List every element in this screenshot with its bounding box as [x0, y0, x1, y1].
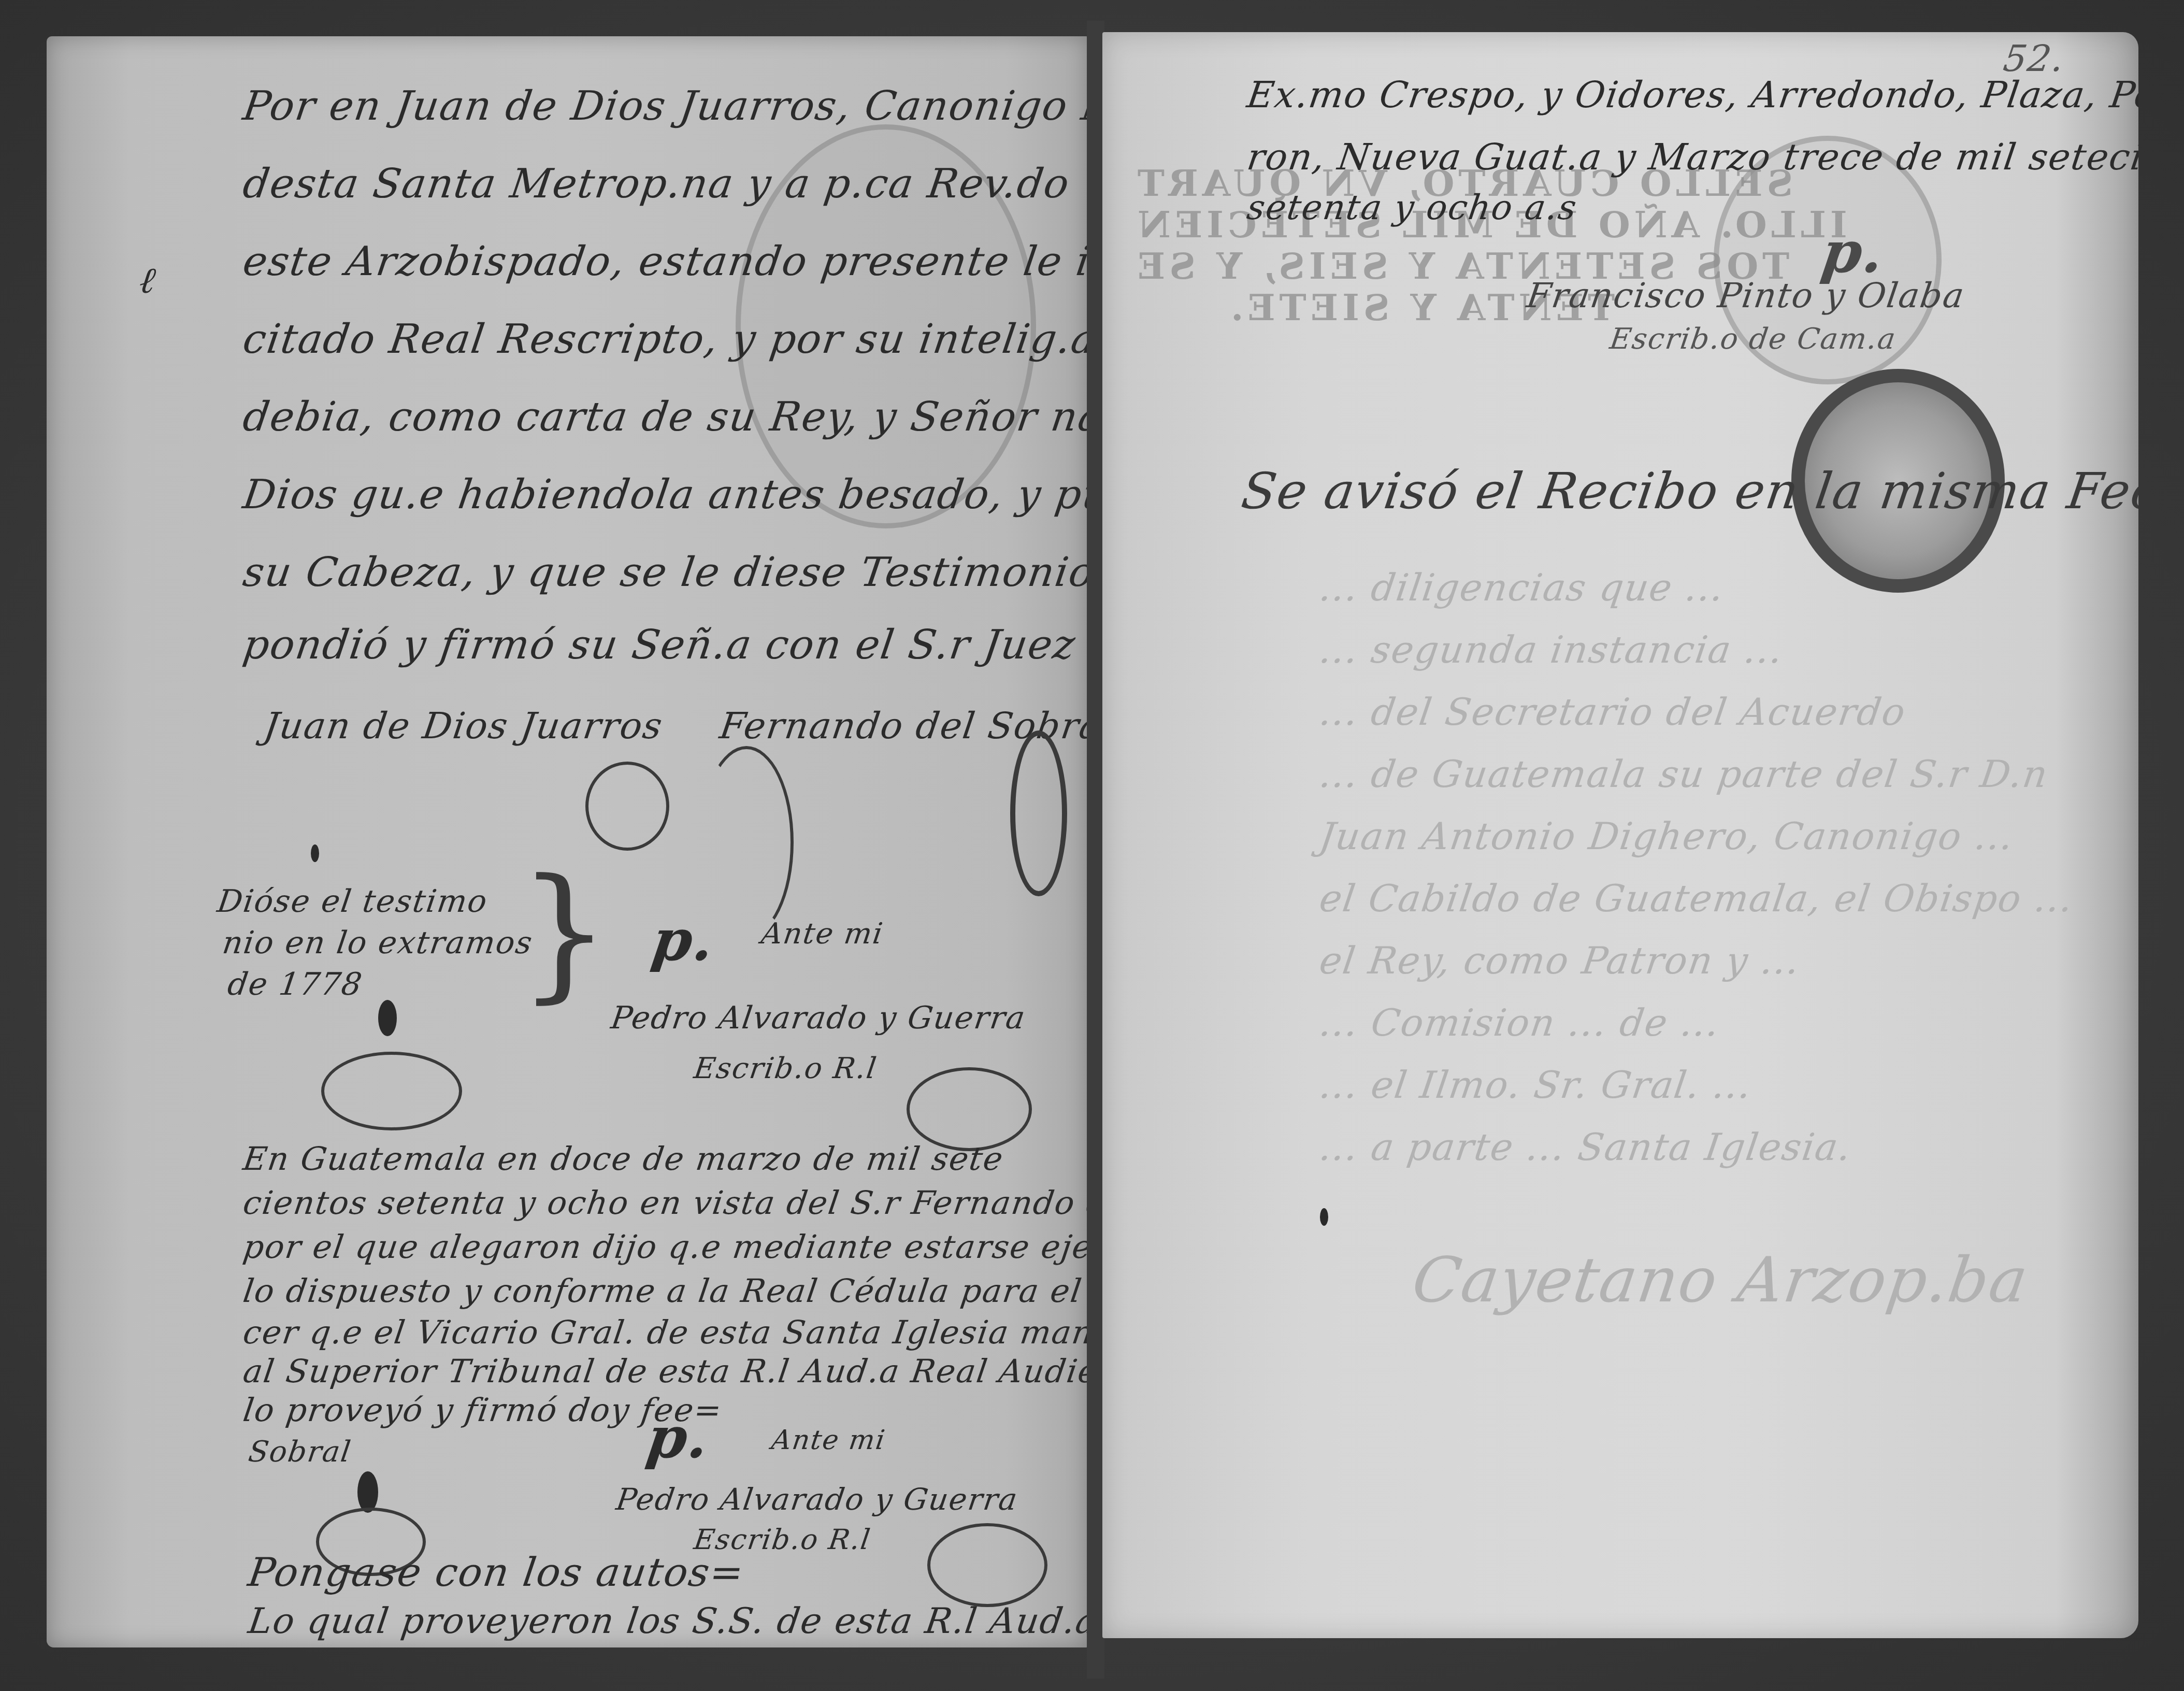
faded-line: el Cabildo de Guatemala, el Obispo ...	[1317, 877, 2076, 920]
text-line: pondió y firmó su Señ.a con el S.r Juez …	[240, 622, 1088, 668]
attestation-title-2: Ante mi	[770, 1425, 888, 1456]
text-line: Por en Juan de Dios Juarros, Canonigo Ma…	[240, 83, 1088, 130]
brace-mark: }	[518, 860, 610, 1005]
text-line: debia, como carta de su Rey, y Señor nat…	[240, 394, 1088, 440]
text-line: lo dispuesto y conforme a la Real Cédula…	[241, 1272, 1088, 1310]
attestation-name: Pedro Alvarado y Guerra	[609, 1000, 1028, 1036]
attestation-prefix: p.	[648, 907, 719, 973]
rubric-flourish	[927, 1523, 1047, 1607]
left-page: ℓ Por en Juan de Dios Juarros, Canonigo …	[47, 36, 1088, 1647]
signature-juarros: Juan de Dios Juarros	[261, 705, 666, 747]
book-gutter	[1087, 21, 1104, 1679]
signature-role: Escrib.o de Cam.a	[1607, 322, 1898, 356]
faded-line: ... a parte ... Santa Iglesia.	[1317, 1125, 1855, 1169]
margin-note-line: nio en lo extramos	[220, 925, 535, 961]
attestation-title: Ante mi	[759, 917, 885, 951]
text-line: Dios gu.e habiendola antes besado, y pue…	[240, 471, 1088, 518]
text-line: este Arzobispado, estando presente le in…	[240, 238, 1088, 285]
signature-sobral-2: Sobral	[246, 1435, 353, 1469]
faded-line: ... diligencias que ...	[1317, 566, 1727, 609]
text-line: citado Real Rescripto, y por su intelig.…	[240, 316, 1088, 363]
faded-line: ... segunda instancia ...	[1317, 628, 1786, 671]
ink-blot	[378, 1000, 397, 1036]
faded-signature: Cayetano Arzop.ba	[1408, 1244, 2033, 1316]
faded-line: ... del Secretario del Acuerdo	[1317, 690, 1909, 734]
rubric-flourish	[1010, 730, 1067, 896]
faded-line: ... Comision ... de ...	[1317, 1001, 1722, 1044]
ink-spot	[311, 844, 319, 862]
closing-line: Pongase con los autos=	[246, 1549, 748, 1595]
margin-note-line: Dióse el testimo	[215, 883, 490, 920]
text-line: por el que alegaron dijo q.e mediante es…	[241, 1228, 1088, 1266]
signature-name: Francisco Pinto y Olaba	[1525, 276, 1967, 316]
faded-line: ... de Guatemala su parte del S.r D.n	[1317, 752, 2051, 796]
margin-mark: ℓ	[137, 259, 159, 302]
text-line: desta Santa Metrop.na y a p.ca Rev.do Vi…	[240, 161, 1088, 207]
rubric-flourish	[907, 1067, 1032, 1151]
ink-blot	[357, 1471, 378, 1513]
faded-line: Juan Antonio Dighero, Canonigo ...	[1317, 814, 2017, 858]
text-line: En Guatemala en doce de marzo de mil set…	[241, 1140, 1006, 1178]
notice-line: Se avisó el Recibo en la misma Fecha.=	[1238, 462, 2138, 520]
attestation-prefix-2: p.	[643, 1404, 714, 1471]
right-page: 52. SELLO CUARTO, VN QUART ILLO. AÑO DE …	[1102, 32, 2138, 1638]
text-line: su Cabeza, y que se le diese Testimonio.…	[240, 549, 1088, 596]
attestation-name-2: Pedro Alvarado y Guerra	[614, 1482, 1020, 1517]
rubric-flourish	[585, 762, 669, 851]
text-line: cientos setenta y ocho en vista del S.r …	[241, 1184, 1088, 1222]
text-line: setenta y ocho a.s	[1245, 188, 1580, 227]
text-line: cer q.e el Vicario Gral. de esta Santa I…	[241, 1313, 1088, 1351]
text-line: al Superior Tribunal de esta R.l Aud.a R…	[241, 1352, 1088, 1390]
rubric-flourish	[321, 1052, 462, 1130]
text-line: ron, Nueva Guat.a y Marzo trece de mil s…	[1244, 136, 2138, 178]
margin-note-line: de 1778	[225, 966, 365, 1002]
closing-line: Lo qual proveyeron los S.S. de esta R.l …	[246, 1601, 1088, 1642]
faded-line: el Rey, como Patron y ...	[1317, 939, 1803, 982]
ink-spot	[1320, 1208, 1328, 1226]
text-line: Ex.mo Crespo, y Oidores, Arredondo, Plaz…	[1244, 74, 2138, 116]
faded-line: ... el Ilmo. Sr. Gral. ...	[1317, 1063, 1755, 1107]
attestation-role: Escrib.o R.l	[692, 1052, 879, 1085]
